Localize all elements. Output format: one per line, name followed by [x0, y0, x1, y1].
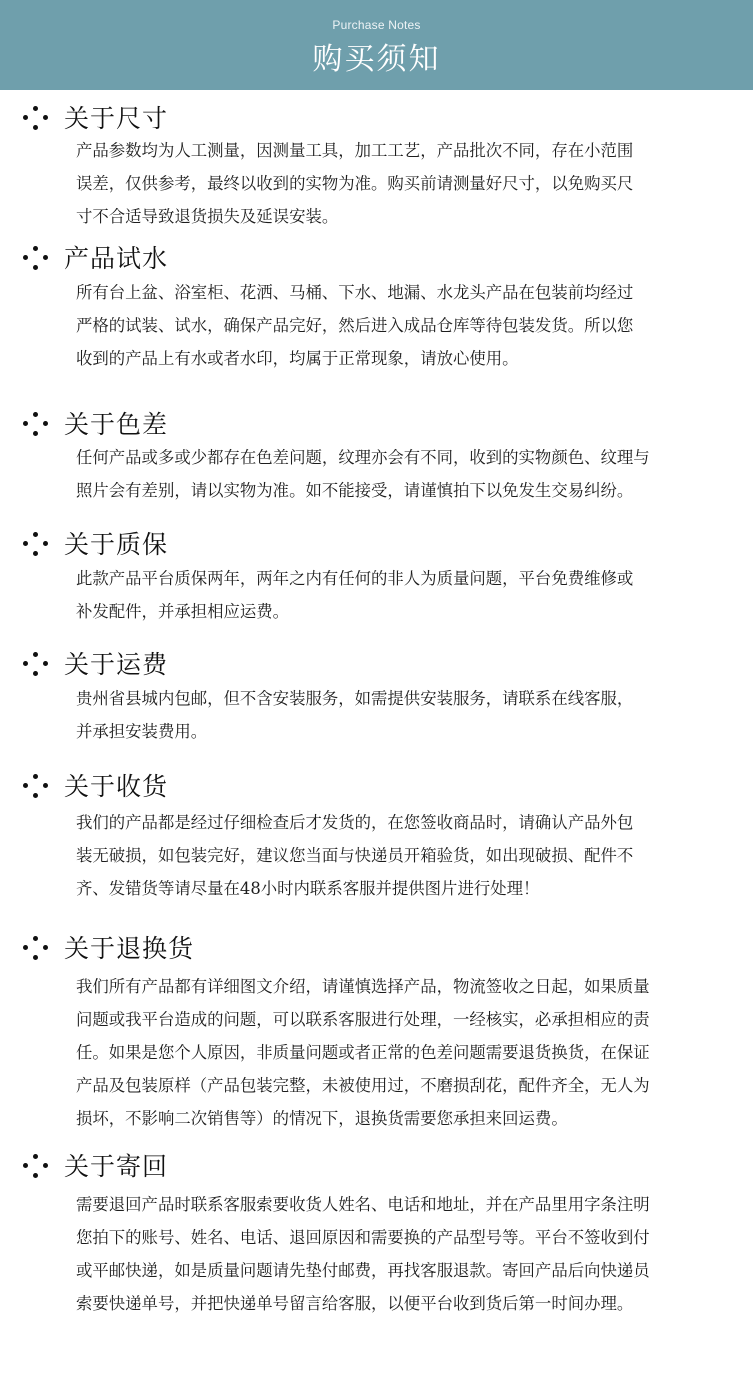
- four-dot-bullet-icon: [22, 934, 50, 960]
- body-line: 我们的产品都是经过仔细检查后才发货的，在您签收商品时，请确认产品外包: [76, 806, 706, 839]
- section-body: 此款产品平台质保两年，两年之内有任何的非人为质量问题，平台免费维修或 补发配件，…: [76, 562, 706, 628]
- body-line: 您拍下的账号、姓名、电话、退回原因和需要换的产品型号等。平台不签收到付: [76, 1221, 706, 1254]
- section-heading: 关于色差: [22, 406, 168, 440]
- banner-title: 购买须知: [0, 34, 753, 78]
- section-title: 关于运费: [64, 645, 168, 681]
- four-dot-bullet-icon: [22, 410, 50, 436]
- body-line: 或平邮快递，如是质量问题请先垫付邮费，再找客服退款。寄回产品后向快递员: [76, 1254, 706, 1287]
- four-dot-bullet-icon: [22, 530, 50, 556]
- section-heading: 关于尺寸: [22, 100, 168, 134]
- body-line: 产品参数均为人工测量，因测量工具，加工工艺，产品批次不同，存在小范围: [76, 134, 706, 167]
- section-title: 关于退换货: [64, 929, 194, 965]
- section-heading: 关于收货: [22, 768, 168, 802]
- four-dot-bullet-icon: [22, 1152, 50, 1178]
- body-line: 任。如果是您个人原因，非质量问题或者正常的色差问题需要退货换货，在保证: [76, 1036, 706, 1069]
- body-line: 索要快递单号，并把快递单号留言给客服，以便平台收到货后第一时间办理。: [76, 1287, 706, 1320]
- four-dot-bullet-icon: [22, 772, 50, 798]
- four-dot-bullet-icon: [22, 650, 50, 676]
- section-body: 产品参数均为人工测量，因测量工具，加工工艺，产品批次不同，存在小范围 误差，仅供…: [76, 134, 706, 233]
- body-line: 装无破损，如包装完好，建议您当面与快递员开箱验货，如出现破损、配件不: [76, 839, 706, 872]
- section-title: 产品试水: [64, 239, 168, 275]
- body-line: 需要退回产品时联系客服索要收货人姓名、电话和地址，并在产品里用字条注明: [76, 1188, 706, 1221]
- body-line: 并承担安装费用。: [76, 715, 706, 748]
- body-line: 我们所有产品都有详细图文介绍，请谨慎选择产品，物流签收之日起，如果质量: [76, 970, 706, 1003]
- section-body: 贵州省县城内包邮，但不含安装服务，如需提供安装服务，请联系在线客服， 并承担安装…: [76, 682, 706, 748]
- body-line: 照片会有差别，请以实物为准。如不能接受，请谨慎拍下以免发生交易纠纷。: [76, 474, 706, 507]
- section-heading: 产品试水: [22, 240, 168, 274]
- section-body: 需要退回产品时联系客服索要收货人姓名、电话和地址，并在产品里用字条注明 您拍下的…: [76, 1188, 706, 1320]
- section-body: 任何产品或多或少都存在色差问题，纹理亦会有不同，收到的实物颜色、纹理与 照片会有…: [76, 441, 706, 507]
- section-title: 关于寄回: [64, 1147, 168, 1183]
- section-body: 所有台上盆、浴室柜、花洒、马桶、下水、地漏、水龙头产品在包装前均经过 严格的试装…: [76, 276, 706, 375]
- body-line: 所有台上盆、浴室柜、花洒、马桶、下水、地漏、水龙头产品在包装前均经过: [76, 276, 706, 309]
- body-line: 任何产品或多或少都存在色差问题，纹理亦会有不同，收到的实物颜色、纹理与: [76, 441, 706, 474]
- body-line: 收到的产品上有水或者水印，均属于正常现象，请放心使用。: [76, 342, 706, 375]
- section-title: 关于质保: [64, 525, 168, 561]
- section-title: 关于收货: [64, 767, 168, 803]
- purchase-notes-banner: Purchase Notes 购买须知: [0, 0, 753, 90]
- body-line: 贵州省县城内包邮，但不含安装服务，如需提供安装服务，请联系在线客服，: [76, 682, 706, 715]
- body-line: 问题或我平台造成的问题，可以联系客服进行处理，一经核实，必承担相应的责: [76, 1003, 706, 1036]
- section-heading: 关于质保: [22, 526, 168, 560]
- section-heading: 关于寄回: [22, 1148, 168, 1182]
- body-line: 寸不合适导致退货损失及延误安装。: [76, 200, 706, 233]
- body-line: 齐、发错货等请尽量在48小时内联系客服并提供图片进行处理！: [76, 872, 706, 905]
- four-dot-bullet-icon: [22, 104, 50, 130]
- section-title: 关于尺寸: [64, 99, 168, 135]
- body-line: 误差，仅供参考，最终以收到的实物为准。购买前请测量好尺寸，以免购买尺: [76, 167, 706, 200]
- body-line: 产品及包装原样（产品包装完整，未被使用过，不磨损刮花，配件齐全，无人为: [76, 1069, 706, 1102]
- section-heading: 关于运费: [22, 646, 168, 680]
- four-dot-bullet-icon: [22, 244, 50, 270]
- section-heading: 关于退换货: [22, 930, 194, 964]
- section-title: 关于色差: [64, 405, 168, 441]
- section-body: 我们的产品都是经过仔细检查后才发货的，在您签收商品时，请确认产品外包 装无破损，…: [76, 806, 706, 905]
- banner-subtitle: Purchase Notes: [0, 18, 753, 32]
- body-line: 严格的试装、试水，确保产品完好，然后进入成品仓库等待包装发货。所以您: [76, 309, 706, 342]
- body-line: 补发配件，并承担相应运费。: [76, 595, 706, 628]
- section-body: 我们所有产品都有详细图文介绍，请谨慎选择产品，物流签收之日起，如果质量 问题或我…: [76, 970, 706, 1135]
- body-line: 损坏，不影响二次销售等）的情况下，退换货需要您承担来回运费。: [76, 1102, 706, 1135]
- body-line: 此款产品平台质保两年，两年之内有任何的非人为质量问题，平台免费维修或: [76, 562, 706, 595]
